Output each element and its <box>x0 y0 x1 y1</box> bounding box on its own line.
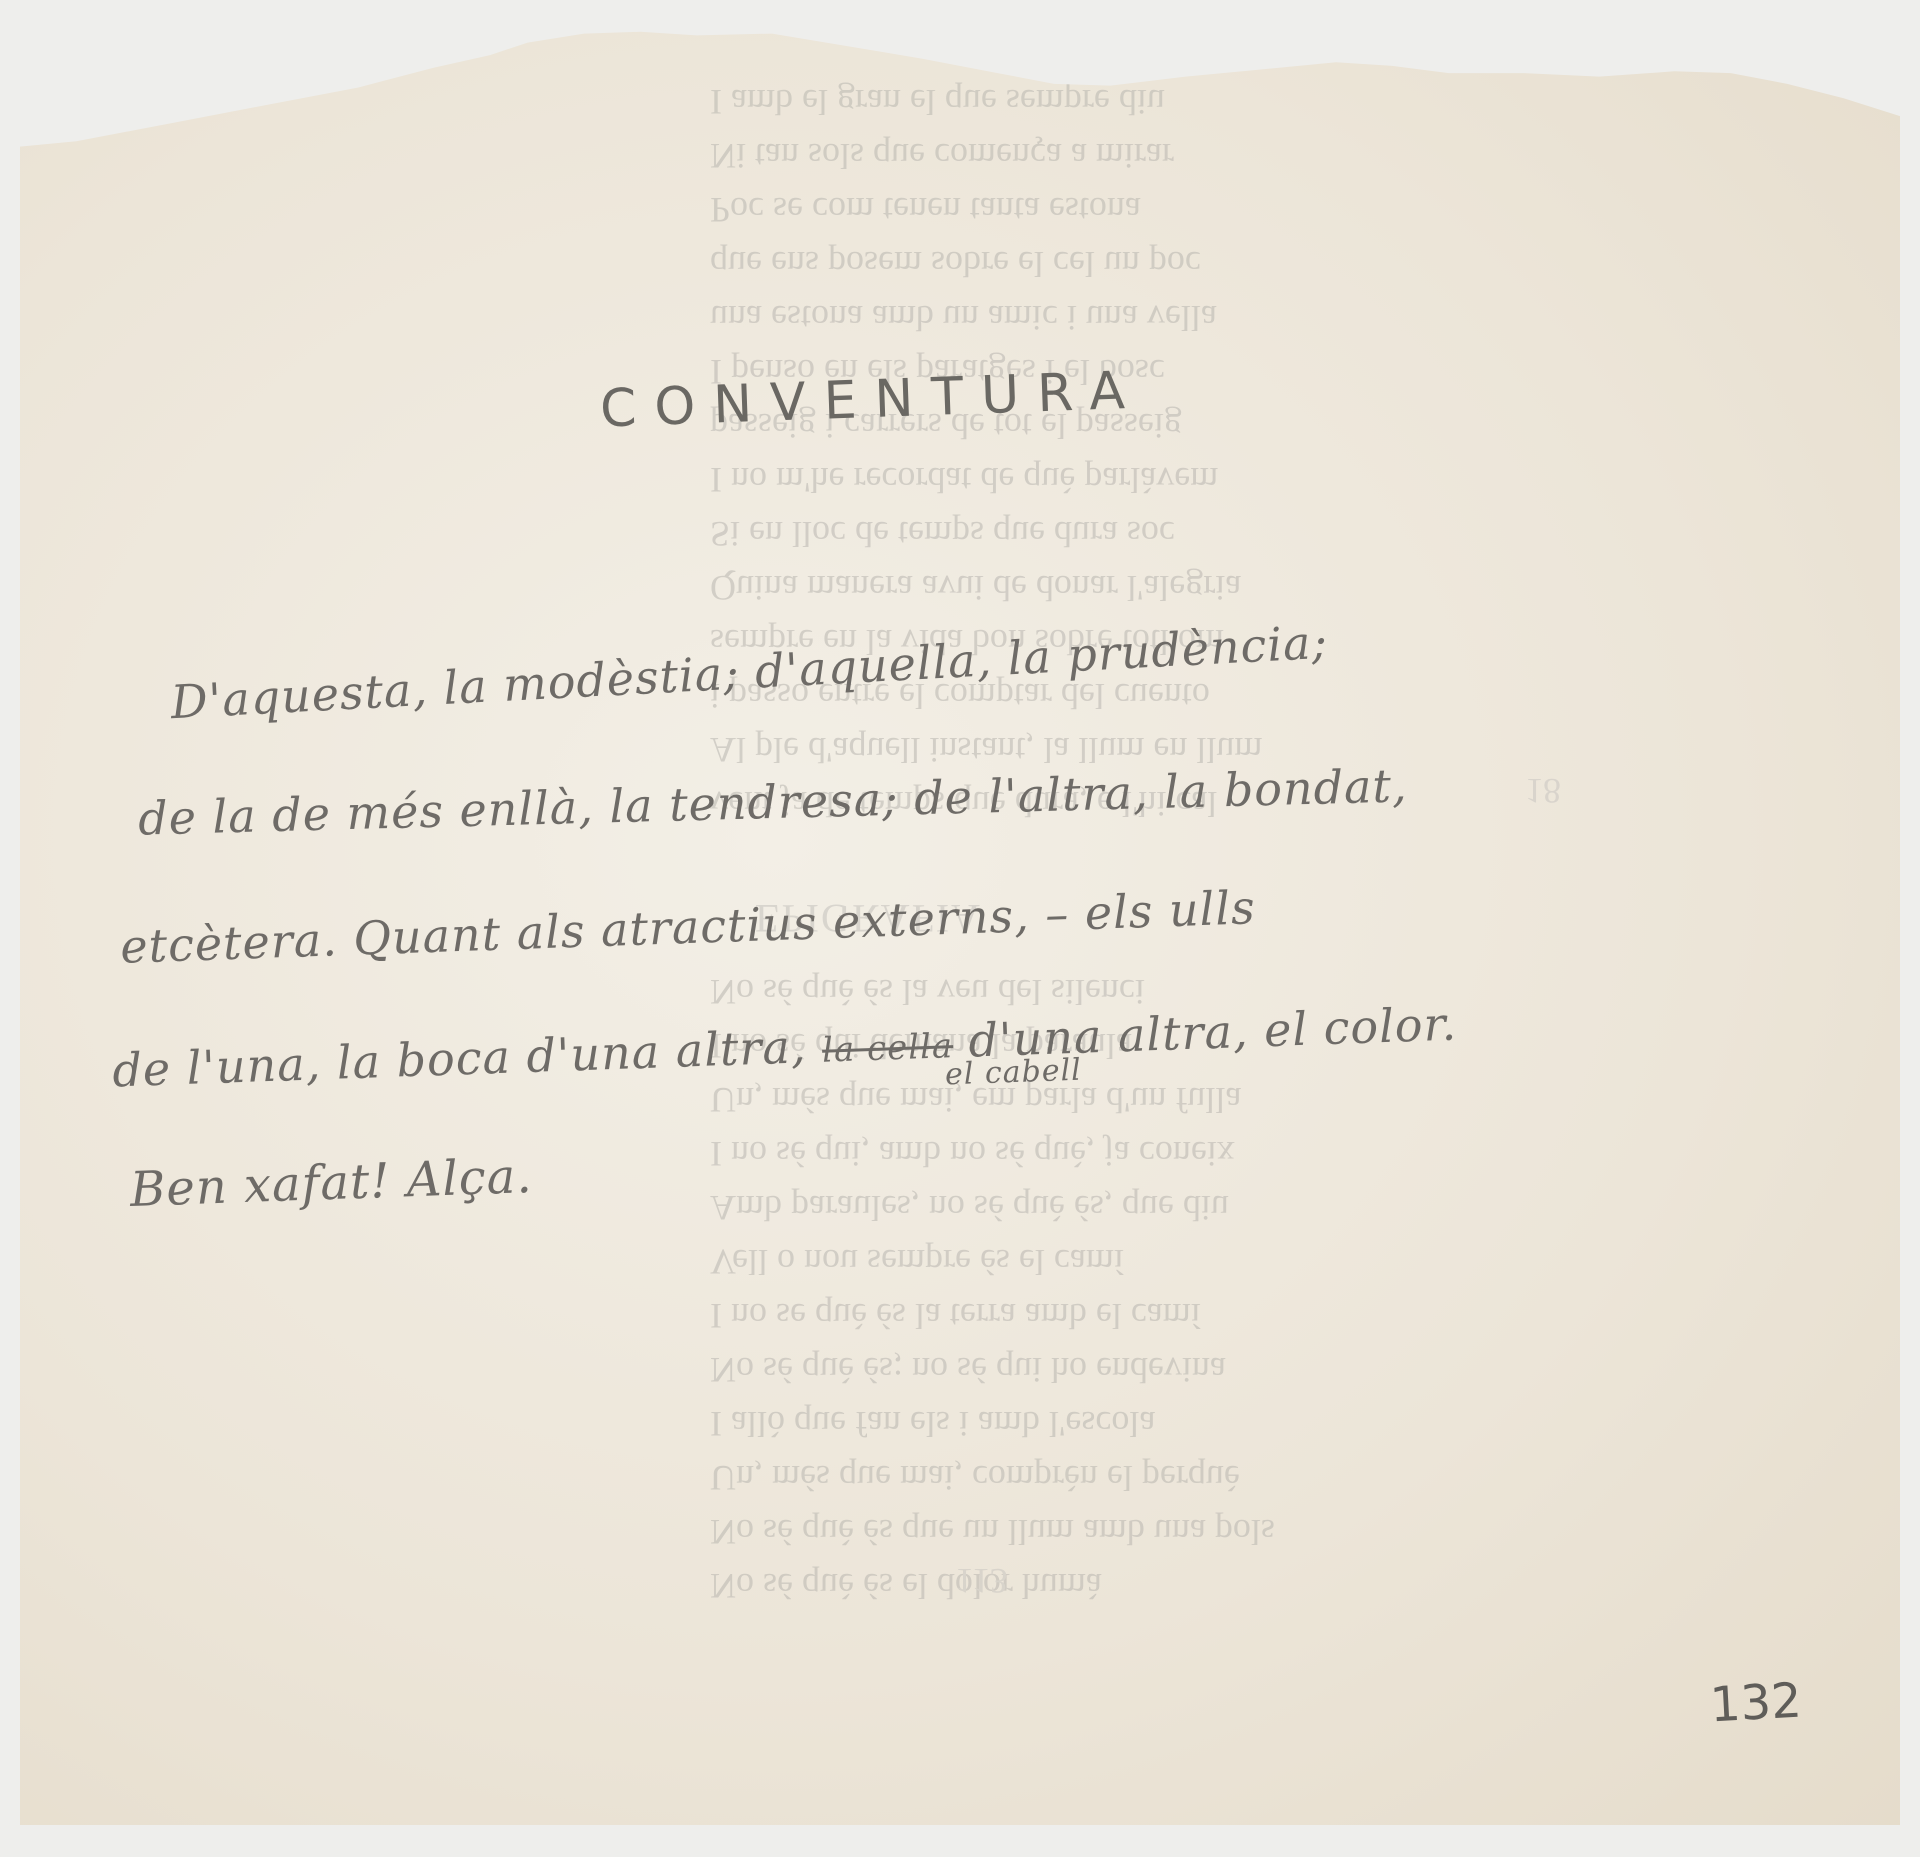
interlinear-insertion: el cabell <box>944 1053 1082 1093</box>
show-through-line: I no m'he recordat de què parlàvem <box>710 453 1410 507</box>
show-through-line: I no sé qui, amb no sé què, ja coneix <box>710 1127 1410 1181</box>
show-through-line: Si en lloc de temps que dura soc <box>710 507 1410 561</box>
manuscript-page: vent ja de temps que dura, e l'hi cal Al… <box>20 30 1900 1825</box>
show-through-line: I no se què és la terra amb el camí <box>710 1289 1410 1343</box>
struck-out-text: la cella <box>821 1026 953 1071</box>
show-through-line: Poc se com tenen tanta estona <box>710 183 1410 237</box>
show-through-line: No sé què és; no sé qui ho endevina <box>710 1343 1410 1397</box>
show-through-page-number: 113 <box>955 1560 1008 1602</box>
show-through-line: Ni tan sols que comença a mirar <box>710 129 1410 183</box>
show-through-line: que ens posem sobre el cel un poc <box>710 237 1410 291</box>
show-through-line: una estona amb un amic i una vella <box>710 291 1410 345</box>
show-through-line: Un, més que mai, comprèn el perquè <box>710 1451 1410 1505</box>
show-through-line: Vell o nou sempre és el camí <box>710 1235 1410 1289</box>
show-through-line: I amb el gran el que sempre diu <box>710 75 1410 129</box>
show-through-line: No sé què és el dolor humà <box>710 1559 1410 1613</box>
show-through-text-top: vent ja de temps que dura, e l'hi cal Al… <box>710 75 1410 831</box>
show-through-page-number: 18 <box>1525 770 1561 812</box>
show-through-line: I allò que fan els i amb l'escola <box>710 1397 1410 1451</box>
show-through-line: Amb paraules, no sé què és, que diu <box>710 1181 1410 1235</box>
folio-number: 132 <box>1709 1673 1803 1734</box>
show-through-line: No sé què és que un llum amb una pols <box>710 1505 1410 1559</box>
show-through-line: Quina manera avui de donar l'alegria <box>710 561 1410 615</box>
